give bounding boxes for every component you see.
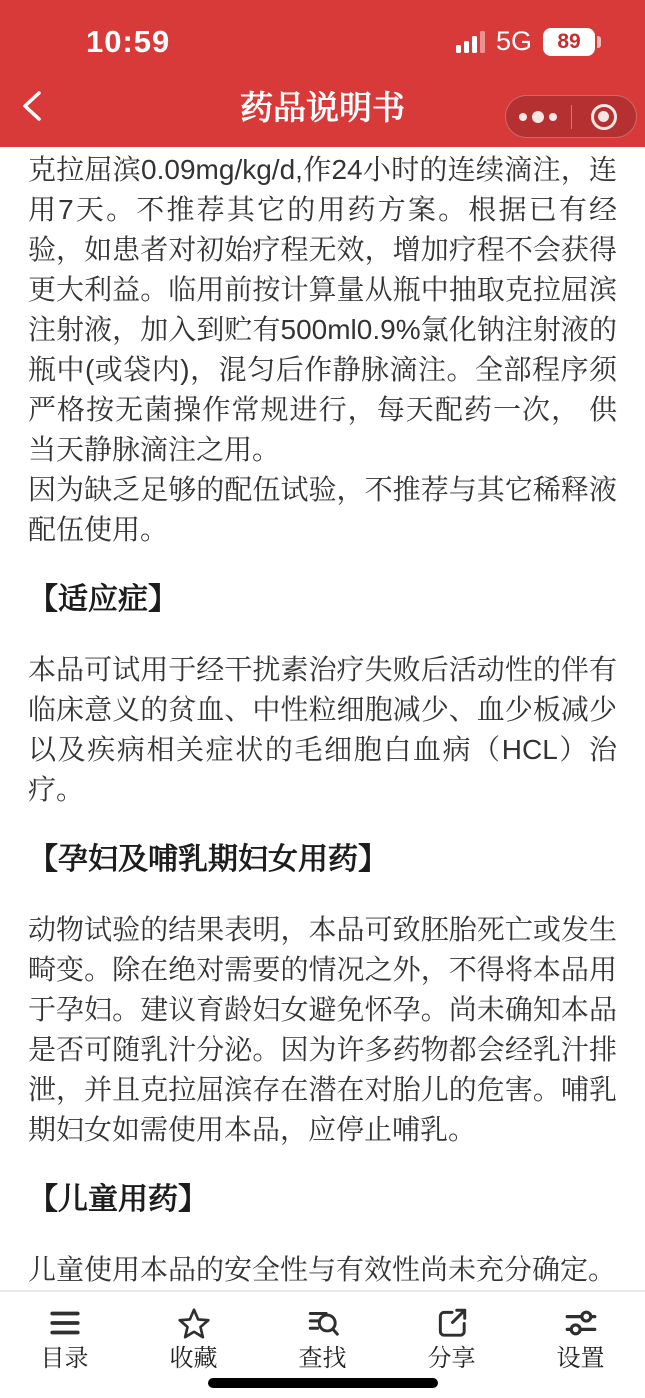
toolbar-label: 目录	[41, 1346, 89, 1372]
settings-icon	[562, 1305, 600, 1341]
miniprogram-capsule	[505, 95, 637, 138]
toolbar-item-catalog[interactable]: 目录	[0, 1292, 129, 1398]
search-icon	[305, 1305, 341, 1341]
paragraph: 因为缺乏足够的配伍试验，不推荐与其它稀释液配伍使用。	[28, 470, 617, 550]
battery-indicator: 89	[543, 28, 595, 56]
share-icon	[434, 1305, 470, 1341]
toolbar-item-settings[interactable]: 设置	[516, 1292, 645, 1398]
nav-bar: 药品说明书	[0, 60, 645, 147]
toolbar-label: 查找	[299, 1346, 347, 1372]
home-indicator-handle[interactable]	[208, 1378, 438, 1388]
menu-icon	[47, 1305, 83, 1341]
toolbar-label: 分享	[428, 1346, 476, 1372]
paragraph: 克拉屈滨0.09mg/kg/d,作24小时的连续滴注，连用7天。不推荐其它的用药…	[28, 150, 617, 470]
signal-strength-icon	[456, 31, 485, 53]
toolbar-label: 收藏	[170, 1346, 218, 1372]
status-time: 10:59	[86, 24, 170, 60]
paragraph: 本品可试用于经干扰素治疗失败后活动性的伴有临床意义的贫血、中性粒细胞减少、血少板…	[28, 650, 617, 810]
record-circle-icon	[591, 104, 617, 130]
close-miniprogram-button[interactable]	[572, 96, 637, 137]
document-scroll-area[interactable]: 克拉屈滨0.09mg/kg/d,作24小时的连续滴注，连用7天。不推荐其它的用药…	[0, 147, 645, 1290]
section-heading-pregnancy: 【孕妇及哺乳期妇女用药】	[28, 840, 617, 880]
battery-percent: 89	[557, 30, 580, 54]
star-icon	[175, 1305, 213, 1341]
more-options-button[interactable]	[506, 96, 571, 137]
paragraph: 儿童使用本品的安全性与有效性尚未充分确定。	[28, 1250, 617, 1290]
section-heading-children: 【儿童用药】	[28, 1180, 617, 1220]
section-heading-indications: 【适应症】	[28, 580, 617, 620]
toolbar-label: 设置	[557, 1346, 605, 1372]
ellipsis-icon	[519, 111, 557, 123]
status-bar: 10:59 5G 89	[0, 0, 645, 60]
network-type-label: 5G	[496, 26, 532, 57]
paragraph: 动物试验的结果表明，本品可致胚胎死亡或发生畸变。除在绝对需要的情况之外，不得将本…	[28, 910, 617, 1150]
app-header: 10:59 5G 89 药品说明书	[0, 0, 645, 147]
app-screen: 10:59 5G 89 药品说明书	[0, 0, 645, 1398]
